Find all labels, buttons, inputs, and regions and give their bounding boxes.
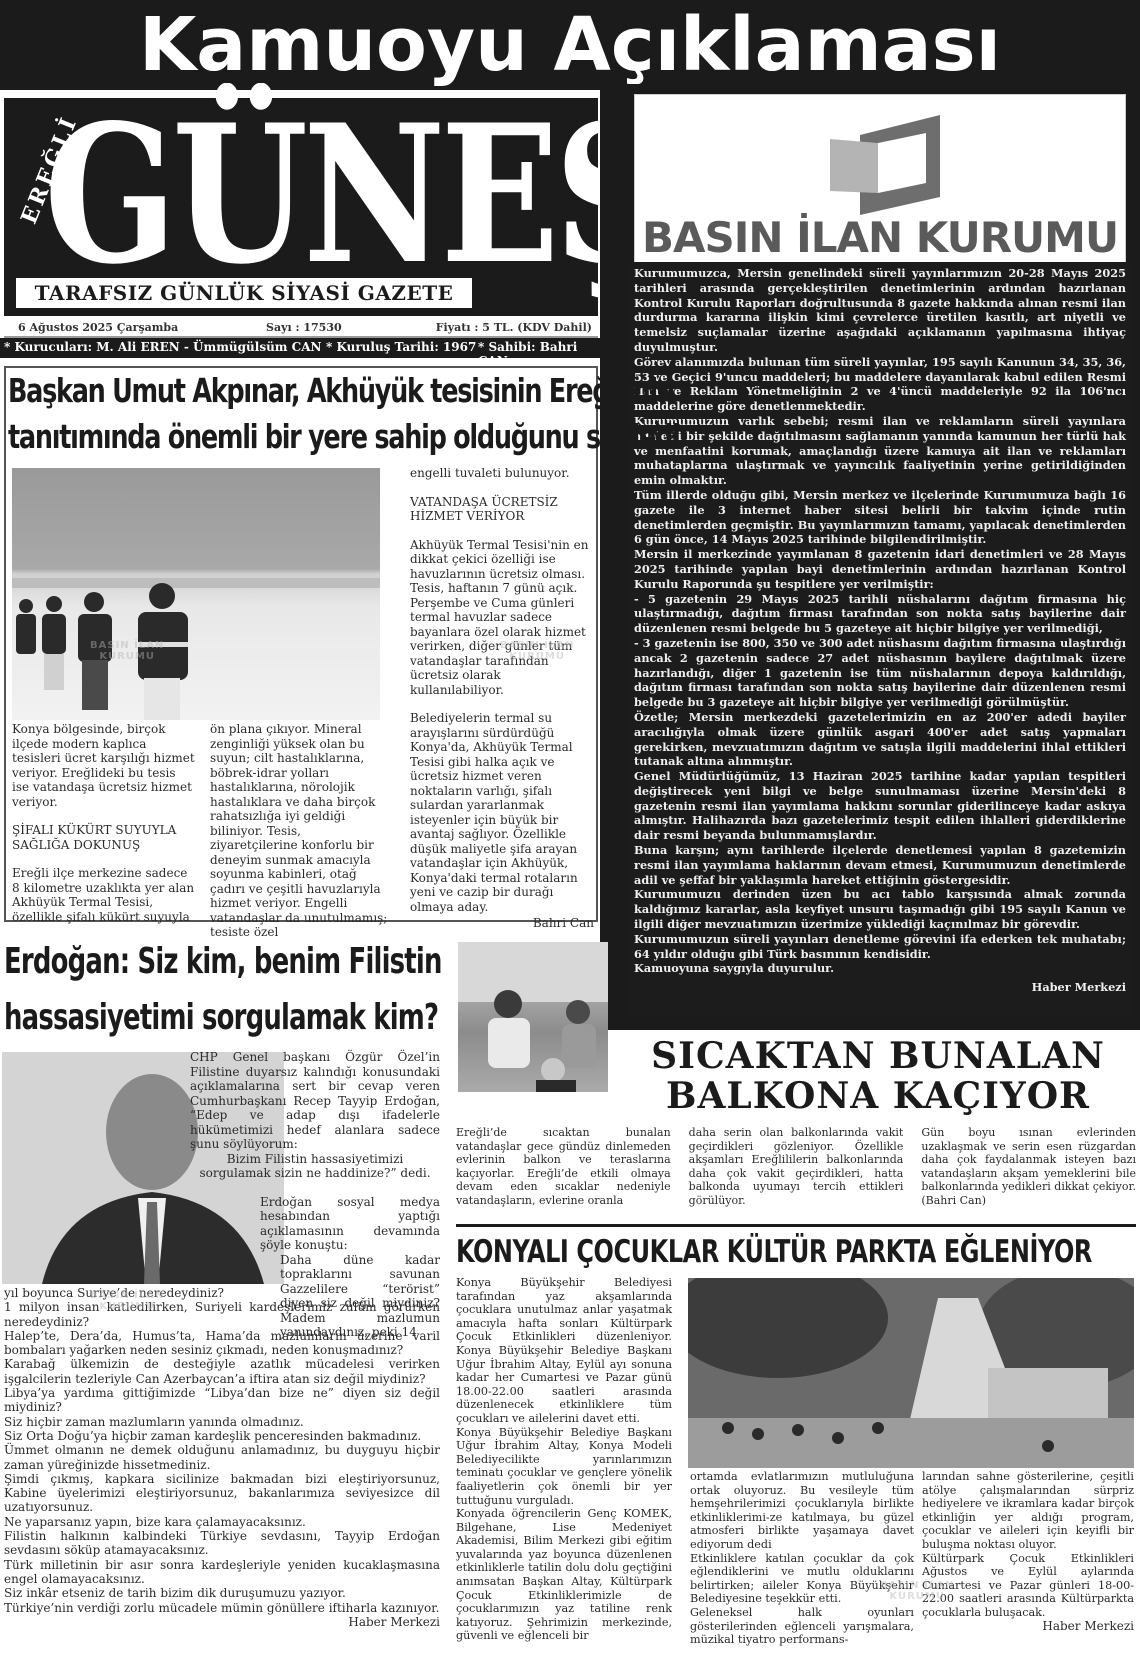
article-paragraph: Akhüyük Termal Tesisi'nin en dikkat çeki… [410, 538, 594, 698]
article-paragraph: Libya’ya yardıma gittiğimizde “Libya’dan… [4, 1386, 440, 1415]
article-paragraph: Karabağ ülkemizin de desteğiyle azatlık … [4, 1357, 440, 1386]
bik-logo-icon [830, 107, 950, 217]
article-paragraph: Konya Büyükşehir Belediye Başkanı Uğur İ… [456, 1426, 672, 1508]
banner-title: Kamuoyu Açıklaması [0, 2, 1140, 88]
announcement-paragraph: - 5 gazetenin 29 Mayıs 2025 tarihli nüsh… [634, 592, 1126, 636]
announcement-paragraph: Genel Müdürlüğümüz, 13 Haziran 2025 tari… [634, 769, 1126, 843]
article-paragraph: Siz inkâr etseniz de tarih bizim dik dur… [4, 1586, 440, 1600]
akhuyuk-column-1: Konya bölgesinde, birçok ilçede modern k… [12, 722, 196, 938]
article-paragraph: Siz hiçbir zaman mazlumların yanında olm… [4, 1415, 440, 1429]
headline-line: BALKONA KAÇIYOR [622, 1076, 1134, 1116]
kids-byline: Haber Merkezi [922, 1620, 1134, 1634]
article-column: daha serin olan balkonlarında vakit geçi… [689, 1126, 904, 1208]
article-paragraph: Halep’te, Dera’da, Humus’ta, Hama’da maz… [4, 1329, 440, 1358]
announcement-paragraph: Tüm illerde olduğu gibi, Mersin merkez v… [634, 488, 1126, 547]
section-divider [456, 1224, 1136, 1227]
kids-column-3: larından sahne gösterilerine, çeşitli at… [922, 1470, 1134, 1633]
article-subheading: ŞİFALI KÜKÜRT SUYUYLA SAĞLIĞA DOKUNUŞ [12, 823, 196, 852]
owner: * Sahibi: Bahri CAN [478, 340, 600, 368]
erdogan-body: yıl boyunca Suriye’de neredeydiniz? 1 mi… [4, 1286, 440, 1629]
article-paragraph: engelli tuvaleti bulunuyor. [410, 466, 594, 481]
bik-logo-text: BASIN İLAN KURUMU [635, 213, 1125, 263]
announcement-paragraph: Görev alanımızda bulunan tüm süreli yayı… [634, 355, 1126, 414]
announcement-paragraph: Kurumumuzca, Mersin genelindeki süreli y… [634, 266, 1126, 355]
balcony-body: Ereğli’de sıcaktan bunalan vatandaşlar g… [456, 1126, 1136, 1208]
article-paragraph: Konyada öğrencilerin Genç KOMEK, Bilgeha… [456, 1507, 672, 1643]
announcement-paragraph: Kamuoyuna saygıyla duyurulur. [634, 961, 1126, 976]
article-paragraph: yıl boyunca Suriye’de neredeydiniz? [4, 1286, 440, 1300]
people-on-balcony-image [458, 942, 608, 1092]
headline-line: SICAKTAN BUNALAN [622, 1036, 1134, 1076]
announcement-paragraph: Özetle; Mersin merkezdeki gazetelerimizi… [634, 710, 1126, 769]
article-paragraph: Konya Büyükşehir Belediyesi tarafından y… [456, 1276, 672, 1426]
date-bar: 6 Ağustos 2025 Çarşamba Sayı : 17530 Fiy… [4, 318, 598, 338]
article-paragraph: Türkiye’nin verdiği zorlu mücadele mümin… [4, 1601, 440, 1615]
akhuyuk-column-2: ön plana çıkıyor. Mineral zenginliği yük… [210, 722, 390, 954]
announcement-paragraph: - 3 gazetenin ise 800, 350 ve 300 adet n… [634, 636, 1126, 710]
headline-line: Başkan Umut Akpınar, Akhüyük tesisinin E… [8, 368, 515, 414]
erdogan-headline: Erdoğan: Siz kim, benim Filistin hassasi… [4, 934, 356, 1046]
balcony-photo [458, 942, 608, 1092]
article-paragraph: Kültürpark Çocuk Etkinlikleri Ağustos ve… [922, 1552, 1134, 1620]
issue-price: Fiyatı : 5 TL. (KDV Dahil) [436, 321, 592, 334]
announcement-paragraph: Kurumumuzun varlık sebebi; resmi ilan ve… [634, 414, 1126, 488]
erdogan-byline: Haber Merkezi [4, 1615, 440, 1629]
article-paragraph: Ümmet olmanın ne demek olduğunu anlamadı… [4, 1443, 440, 1472]
akhuyuk-column-3: engelli tuvaleti bulunuyor. VATANDAŞA ÜC… [410, 466, 594, 931]
founded-date: * Kuruluş Tarihi: 1967 [326, 340, 476, 354]
article-column: Ereğli’de sıcaktan bunalan vatandaşlar g… [456, 1126, 671, 1208]
article-paragraph: Konya bölgesinde, birçok ilçede modern k… [12, 722, 196, 809]
article-subheading: VATANDAŞA ÜCRETSİZ HİZMET VERİYOR [410, 495, 594, 524]
article-paragraph: Ereğli ilçe merkezine sadece 8 kilometre… [12, 866, 196, 924]
info-bar: * Kurucuları: M. Ali EREN - Ümmügülsüm C… [0, 338, 600, 358]
headline-line: Erdoğan: Siz kim, benim Filistin [4, 934, 356, 990]
masthead: EREĞLİ GÜNEŞ TARAFSIZ GÜNLÜK SİYASİ GAZE… [4, 98, 598, 316]
article-quote: Bizim Filistin hassasiyetimizi sorgulama… [190, 1152, 440, 1181]
article-paragraph: Şimdi çıkmış, kapkara sicilinize bakmada… [4, 1472, 440, 1515]
akhuyuk-byline: Bahri Can [410, 916, 594, 931]
announcement-text: Kurumumuzca, Mersin genelindeki süreli y… [626, 262, 1134, 1022]
article-paragraph: Etkinliklere katılan çocuklar da çok eğl… [690, 1552, 914, 1606]
people-walking-image [12, 468, 380, 720]
akhuyuk-photo [12, 468, 380, 720]
article-paragraph: Geleneksel halk oyunları gösterilerinden… [690, 1606, 914, 1647]
announcement-signature: Haber Merkezi [634, 980, 1126, 995]
kids-headline: KONYALI ÇOCUKLAR KÜLTÜR PARKTA EĞLENİYOR [456, 1230, 1041, 1274]
kids-park-photo [688, 1278, 1134, 1468]
article-paragraph: ön plana çıkıyor. Mineral zenginliği yük… [210, 722, 390, 940]
article-paragraph: ortamda evlatlarımızın mutluluğuna ortak… [690, 1470, 914, 1552]
bik-logo-box: BASIN İLAN KURUMU [634, 94, 1126, 264]
akhuyuk-headline: Başkan Umut Akpınar, Akhüyük tesisinin E… [8, 368, 515, 460]
article-paragraph: Siz Orta Doğu’ya hiçbir zaman kardeşlik … [4, 1429, 440, 1443]
announcement-paragraph: Buna karşın; aynı tarihlerde ilçelerde d… [634, 843, 1126, 887]
balcony-headline: SICAKTAN BUNALAN BALKONA KAÇIYOR [622, 1036, 1134, 1116]
issue-number: Sayı : 17530 [266, 321, 342, 334]
announcement-paragraph: Mersin il merkezinde yayımlanan 8 gazete… [634, 547, 1126, 591]
article-paragraph: 1 milyon insan katledilirken, Suriyeli k… [4, 1300, 440, 1329]
kids-column-2: ortamda evlatlarımızın mutluluğuna ortak… [690, 1470, 914, 1647]
article-paragraph: Belediyelerin termal su arayışlarını sür… [410, 711, 594, 914]
announcement-paragraph: Kurumumuzu derinden üzen bu acı tablo ka… [634, 887, 1126, 931]
article-paragraph: Erdoğan sosyal medya hesabından yaptığı … [190, 1195, 440, 1253]
founders: * Kurucuları: M. Ali EREN - Ümmügülsüm C… [4, 340, 322, 354]
headline-line: hassasiyetimi sorgulamak kim? [4, 990, 356, 1046]
headline-line: tanıtımında önemli bir yere sahip olduğu… [8, 414, 515, 460]
article-paragraph: Ne yaparsanız yapın, bize kara çalamayac… [4, 1515, 440, 1529]
kids-column-1: Konya Büyükşehir Belediyesi tarafından y… [456, 1276, 672, 1643]
article-paragraph: Filistin halkının kalbindeki Türkiye sev… [4, 1529, 440, 1558]
announcement-paragraph: Kurumumuzun süreli yayınları denetleme g… [634, 932, 1126, 962]
article-paragraph: CHP Genel başkanı Özgür Özel’in Filistin… [190, 1050, 440, 1152]
park-crowd-image [688, 1278, 1134, 1468]
announcement-banner: Kamuoyu Açıklaması [0, 0, 1140, 90]
article-paragraph: larından sahne gösterilerine, çeşitli at… [922, 1470, 1134, 1552]
article-paragraph: Türk milletinin bir asır sonra kardeşler… [4, 1558, 440, 1587]
article-column: Gün boyu ısınan evlerinden uzaklaşmak ve… [921, 1126, 1136, 1208]
masthead-tagline: TARAFSIZ GÜNLÜK SİYASİ GAZETE [14, 276, 474, 310]
issue-date: 6 Ağustos 2025 Çarşamba [18, 321, 178, 334]
